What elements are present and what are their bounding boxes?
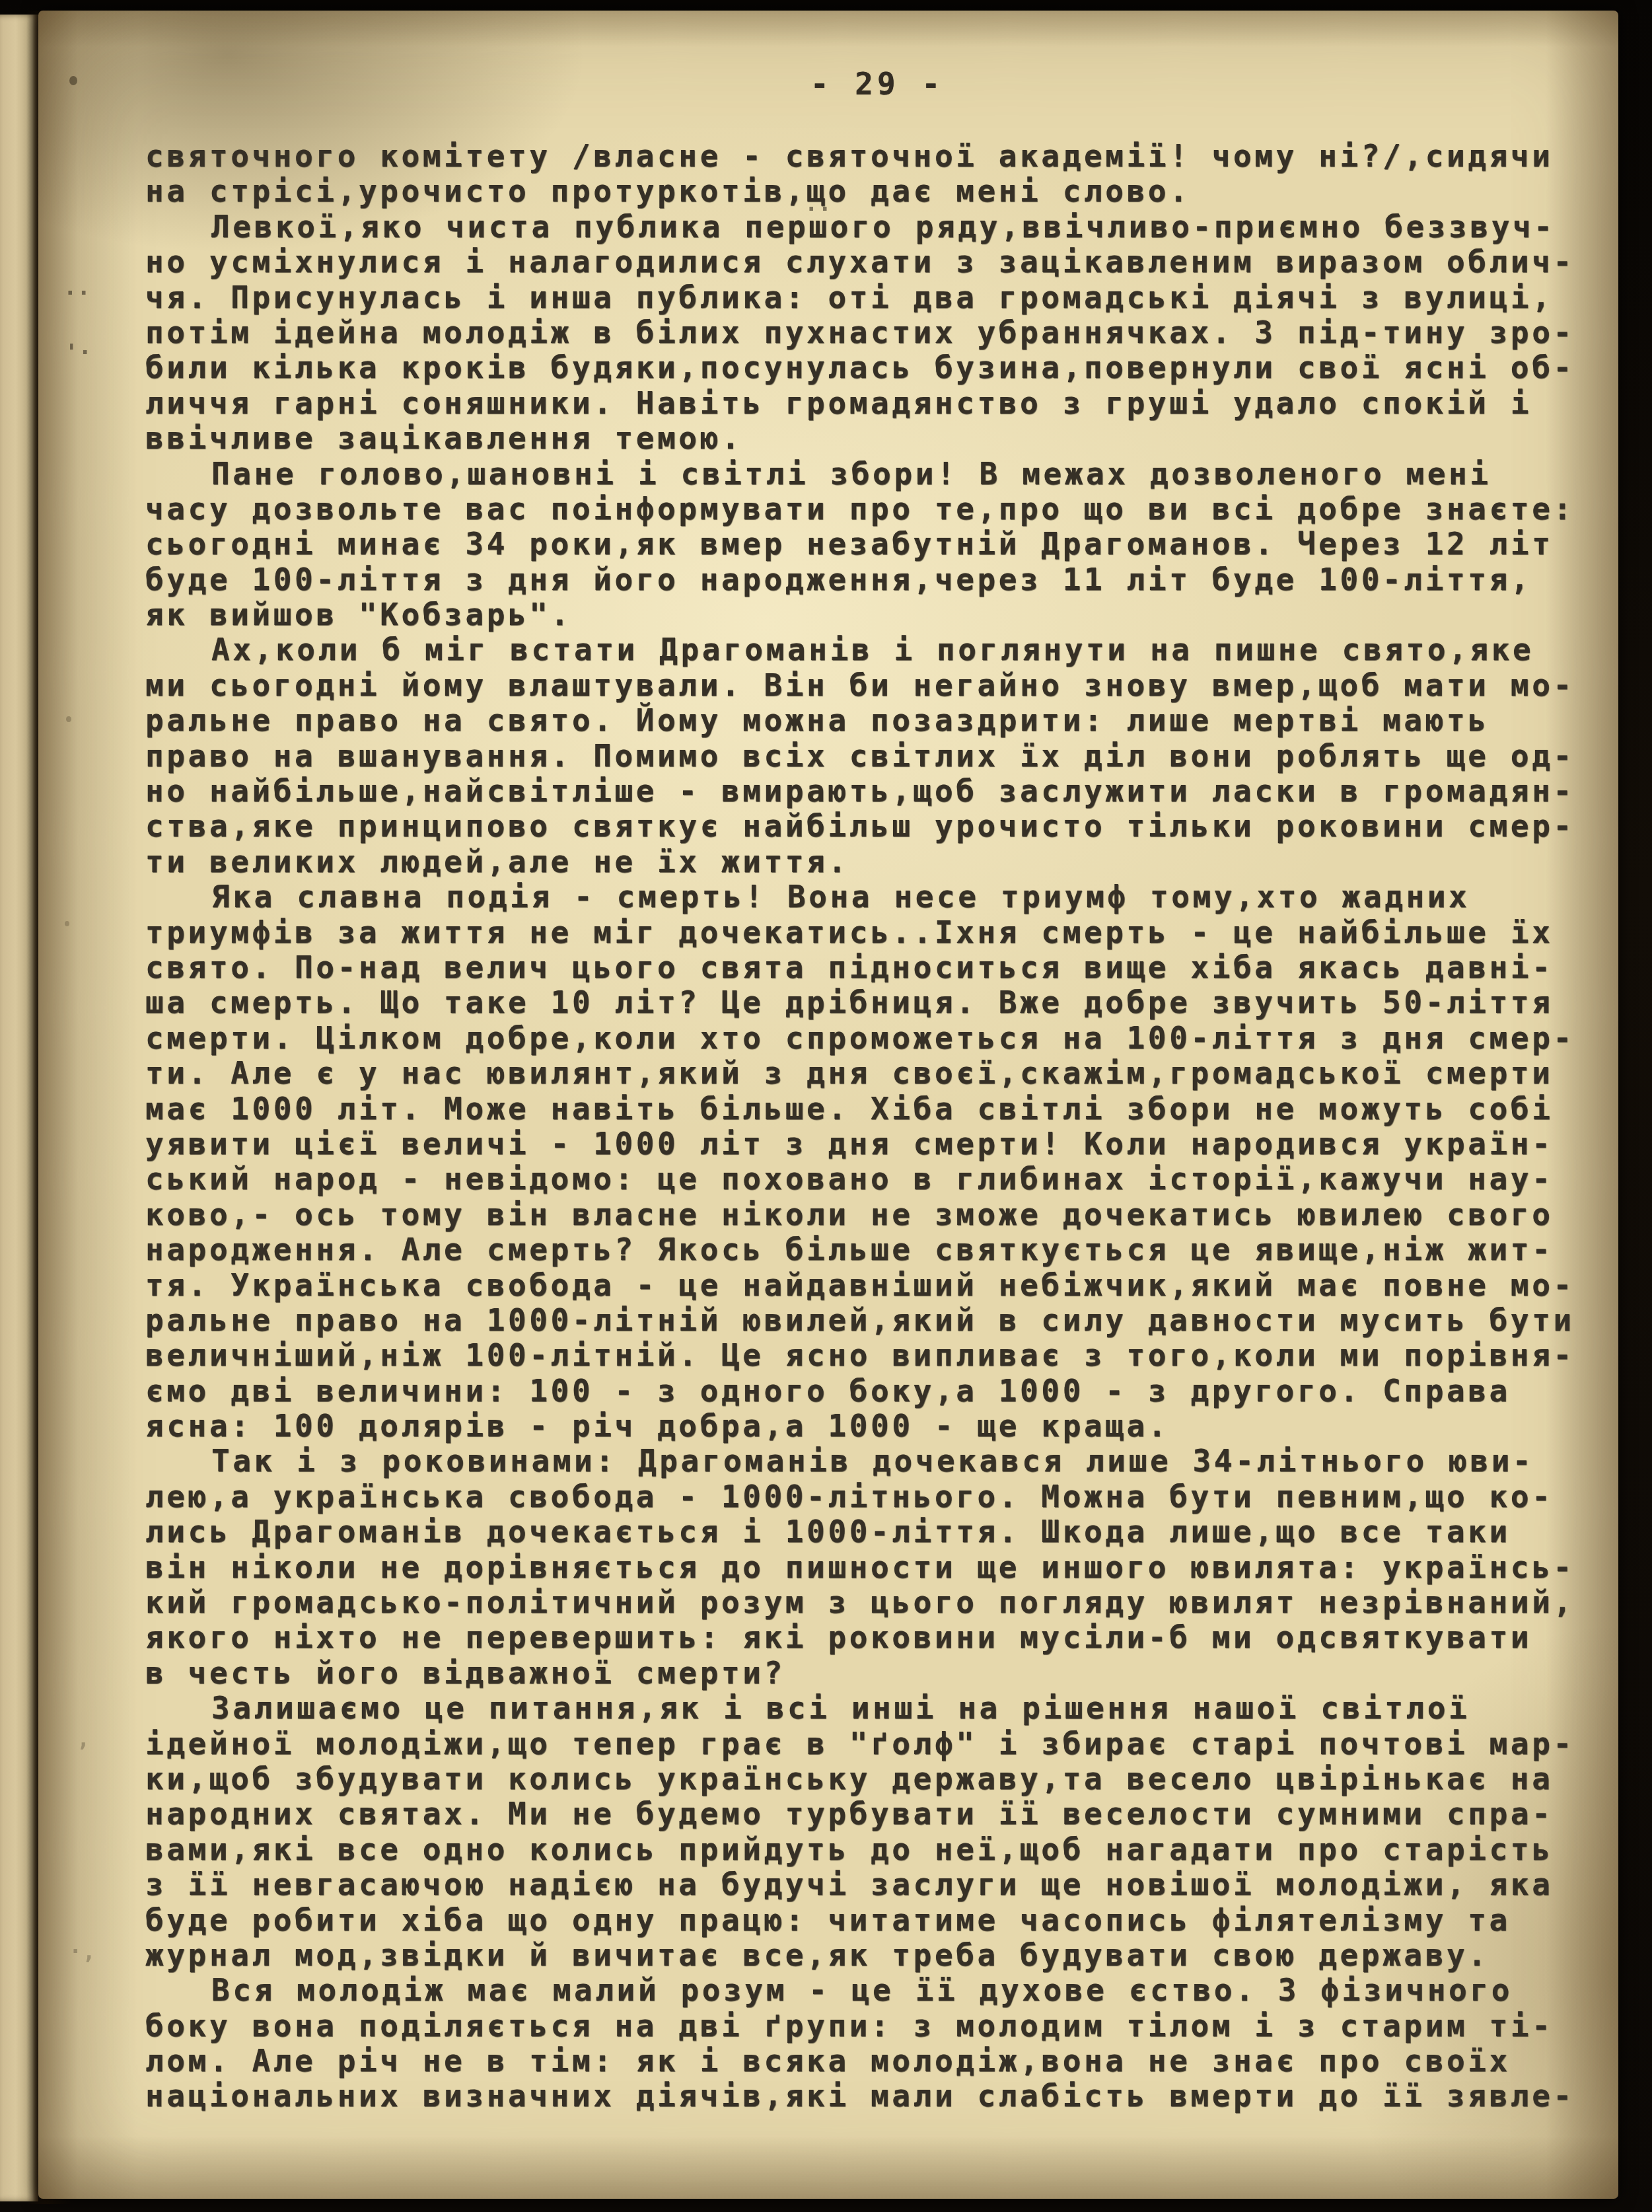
ink-speck: ·, [69,1938,96,1965]
text-line: ємо дві величини: 100 - з одного боку,а … [145,1374,1608,1409]
text-line: ральне право на свято. Йому можна позазд… [145,703,1608,738]
text-line: лом. Але річ не в тім: як і всяка молоді… [145,2044,1608,2079]
text-line: но найбільше,найсвітліше - вмирають,щоб … [145,774,1608,809]
text-line: били кілька кроків будяки,посунулась буз… [145,350,1608,385]
text-line: кий громадсько-політичний розум з цього … [145,1585,1608,1620]
text-line: Вся молодіж має малий розум - це її духо… [145,1973,1608,2008]
text-line: ства,яке принципово святкує найбільш уро… [145,809,1608,844]
text-line: свято. По-над велич цього свята підносит… [145,950,1608,985]
text-line: ми сьогодні йому влаштували. Він би нега… [145,668,1608,703]
text-line: но усміхнулися і налагодилися слухати з … [145,244,1608,279]
text-line: національних визначних діячів,які мали с… [145,2079,1608,2114]
ink-speck [69,76,77,85]
text-line: Ах,коли б міг встати Драгоманів і поглян… [145,632,1608,667]
ink-speck [65,921,69,926]
ink-speck: ·· [63,280,90,307]
text-line: Так і з роковинами: Драгоманів дочекався… [145,1444,1608,1479]
text-line: ввічливе зацікавлення темою. [145,421,1608,456]
text-line: триумфів за життя не міг дочекатись..Іхн… [145,915,1608,950]
text-line: ральне право на 1000-літній ювилей,який … [145,1303,1608,1338]
text-line: ша смерть. Що таке 10 літ? Це дрібниця. … [145,985,1608,1020]
text-line: буде робити хіба що одну працю: читатиме… [145,1903,1608,1938]
text-line: личчя гарні соняшники. Навіть громадянст… [145,386,1608,421]
text-line: смерти. Цілком добре,коли хто спроможеть… [145,1021,1608,1056]
text-line: часу дозвольте вас поінформувати про те,… [145,492,1608,527]
ink-speck: '· [65,340,92,366]
text-line: якого ніхто не перевершить: які роковини… [145,1620,1608,1655]
text-line: ський народ - невідомо: це поховано в гл… [145,1161,1608,1197]
text-line: ідейної молодіжи,що тепер грає в "ґолф" … [145,1726,1608,1761]
text-line: буде 100-ліття з дня його народження,чер… [145,562,1608,597]
text-line: ясна: 100 долярів - річ добра,а 1000 - щ… [145,1409,1608,1444]
text-line: як вийшов "Кобзарь". [145,597,1608,632]
scanned-book-page: - 29 - святочного комітету /власне - свя… [0,0,1652,2212]
text-line: чя. Присунулась і инша публика: оті два … [145,280,1608,315]
text-line: Яка славна подія - смерть! Вона несе три… [145,879,1608,914]
text-line: уявити цієї величі - 1000 літ з дня смер… [145,1126,1608,1161]
text-line: в честь його відважної смерти? [145,1656,1608,1691]
text-line: журнал мод,звідки й вичитає все,як треба… [145,1938,1608,1973]
text-line: на стрісі,урочисто протуркотів,що дає ме… [145,174,1608,209]
text-line: ково,- ось тому він власне ніколи не змо… [145,1197,1608,1232]
ink-speck: , [77,1726,90,1752]
text-line: величніший,ніж 100-літній. Це ясно випли… [145,1338,1608,1373]
text-line: святочного комітету /власне - святочної … [145,139,1608,174]
text-line: ти великих людей,але не їх життя. [145,844,1608,879]
text-line: право на вшанування. Помимо всіх світлих… [145,739,1608,774]
text-line: народних святах. Ми не будемо турбувати … [145,1796,1608,1831]
text-line: ти. Але є у нас ювилянт,який з дня своєї… [145,1056,1608,1091]
page-number: - 29 - [738,66,1016,102]
typewritten-page: - 29 - святочного комітету /власне - свя… [38,11,1618,2199]
page-text: святочного комітету /власне - святочної … [145,139,1608,2114]
text-line: ки,щоб збудувати колись українську держа… [145,1761,1608,1796]
text-line: Левкої,яко чиста публика першого ряду,вв… [145,209,1608,244]
text-line: сьогодні минає 34 роки,як вмер незабутні… [145,527,1608,562]
text-line: Залишаємо це питання,як і всі инші на рі… [145,1691,1608,1726]
text-line: боку вона поділяється на дві ґрупи: з мо… [145,2009,1608,2044]
text-line: Пане голово,шановні і світлі збори! В ме… [145,457,1608,492]
text-line: тя. Українська свобода - це найдавніший … [145,1268,1608,1303]
text-line: з її невгасаючою надією на будучі заслуг… [145,1867,1608,1902]
text-line: лею,а українська свобода - 1000-літнього… [145,1479,1608,1514]
ink-speck: .. [805,190,832,217]
ink-speck [66,716,71,722]
text-line: він ніколи не дорівняється до пишности щ… [145,1550,1608,1585]
text-line: вами,які все одно колись прийдуть до неї… [145,1832,1608,1867]
text-line: лись Драгоманів дочекається і 1000-ліття… [145,1514,1608,1549]
text-line: потім ідейна молодіж в білих пухнастих у… [145,315,1608,350]
text-line: має 1000 літ. Може навіть більше. Хіба с… [145,1091,1608,1126]
text-line: народження. Але смерть? Якось більше свя… [145,1232,1608,1267]
